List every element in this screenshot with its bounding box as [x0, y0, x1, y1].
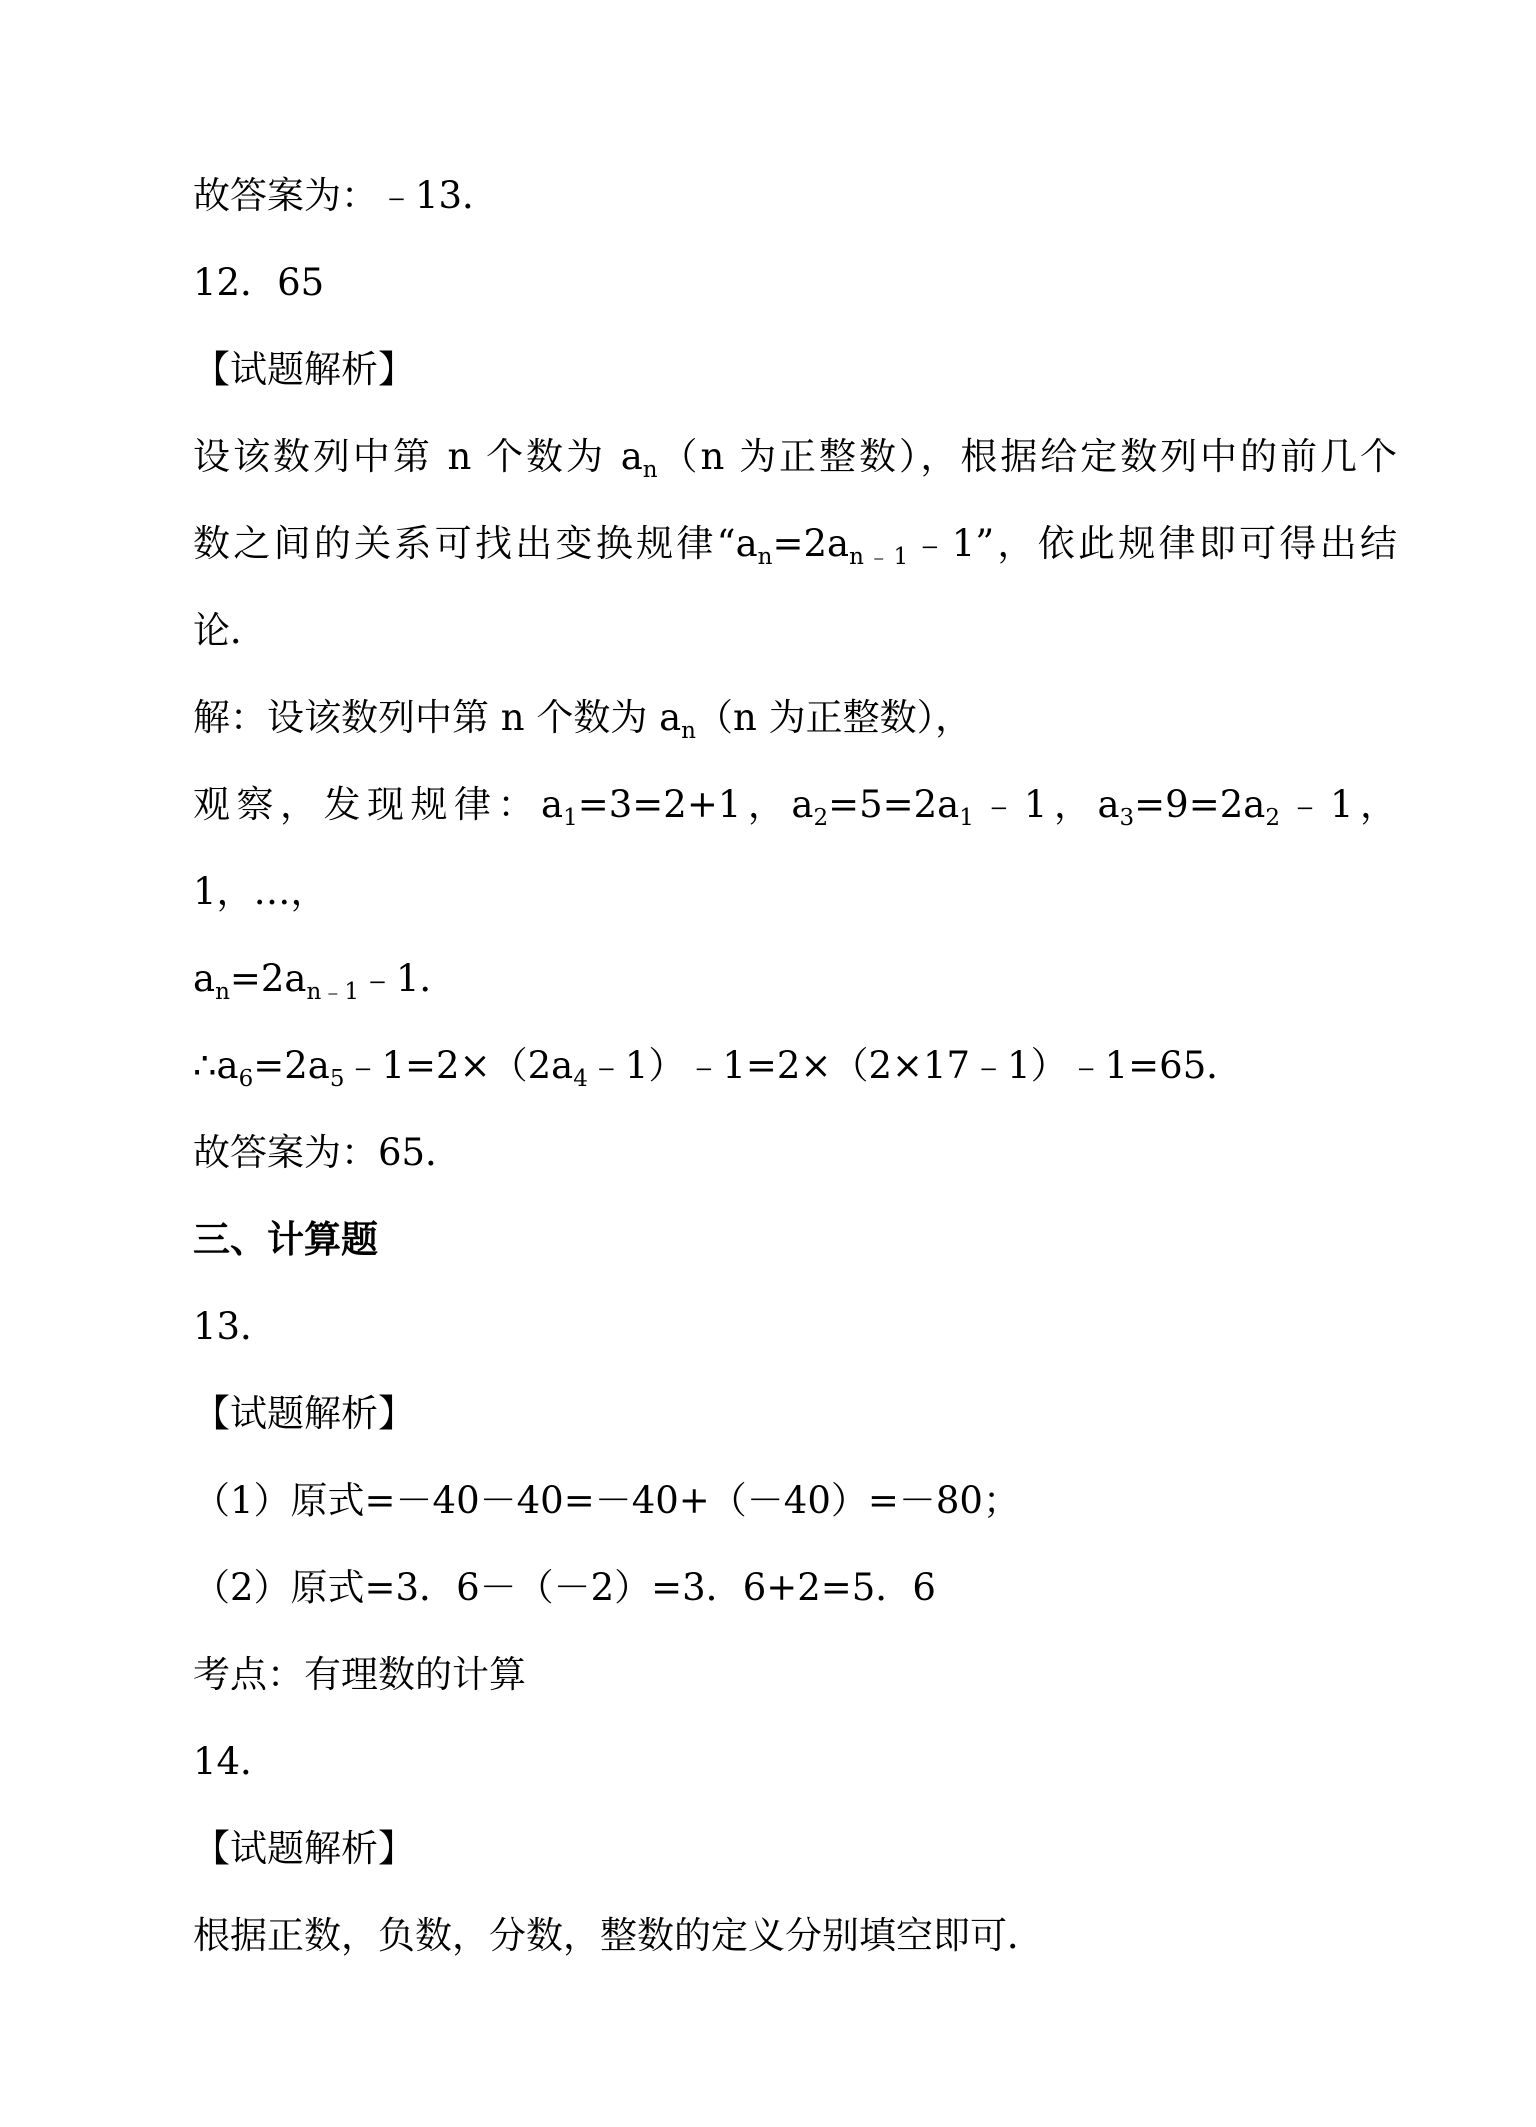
text-segment: ﹣1． — [359, 957, 457, 1000]
text-segment: =2a — [253, 1044, 330, 1087]
text-segment: 故答案为：﹣13． — [193, 174, 499, 217]
text-segment: ∴a — [193, 1044, 239, 1087]
analysis-14-line1: 根据正数，负数，分数，整数的定义分别填空即可． — [193, 1892, 1397, 1979]
subscript-text: 2 — [1265, 805, 1280, 831]
analysis-13-line1: （1）原式=－40－40=－40+（－40）=－80； — [193, 1457, 1397, 1544]
analysis-12-line1: 设该数列中第 n 个数为 an（n 为正整数），根据给定数列中的前几个 — [193, 413, 1397, 500]
text-segment: 13． — [193, 1305, 277, 1348]
text-segment: a — [193, 957, 215, 1000]
text-segment: ﹣1）﹣1=2×（2×17﹣1）﹣1=65． — [588, 1044, 1243, 1087]
subscript-text: n﹣1 — [307, 979, 359, 1005]
solution-12-line3: 1，…， — [193, 848, 1397, 935]
text-segment: 设该数列中第 n 个数为 a — [193, 435, 643, 478]
text-segment: ﹣1”，依此规律即可得出结 — [908, 522, 1397, 565]
text-segment: 根据正数，负数，分数，整数的定义分别填空即可． — [193, 1914, 1044, 1957]
document-page: 故答案为：﹣13．12．65【试题解析】设该数列中第 n 个数为 an（n 为正… — [0, 0, 1536, 2127]
text-segment: ﹣1=2×（2a — [345, 1044, 574, 1087]
solution-12-line1: 解：设该数列中第 n 个数为 an（n 为正整数）， — [193, 674, 1397, 761]
question-13-number: 13． — [193, 1283, 1397, 1370]
solution-12-line2: 观察，发现规律：a1=3=2+1，a2=5=2a1﹣1，a3=9=2a2﹣1，a… — [193, 761, 1397, 848]
text-segment: =3=2+1，a — [578, 783, 814, 826]
subscript-text: 2 — [813, 805, 828, 831]
text-segment: =5=2a — [828, 783, 959, 826]
analysis-label-13: 【试题解析】 — [193, 1370, 1397, 1457]
text-segment: 1，…， — [193, 870, 328, 913]
text-segment: ﹣1，a — [974, 783, 1120, 826]
text-segment: （n 为正整数）， — [696, 696, 972, 739]
text-segment: 三、计算题 — [193, 1217, 378, 1261]
document-body: 故答案为：﹣13．12．65【试题解析】设该数列中第 n 个数为 an（n 为正… — [193, 152, 1397, 1979]
keypoint-13: 考点：有理数的计算 — [193, 1631, 1397, 1718]
text-segment: 14． — [193, 1740, 277, 1783]
text-segment: 考点：有理数的计算 — [193, 1653, 526, 1696]
analysis-label-12: 【试题解析】 — [193, 326, 1397, 413]
answer-12-line: 故答案为：65． — [193, 1109, 1397, 1196]
text-segment: （2）原式=3．6－（－2）=3．6+2=5．6 — [193, 1566, 936, 1609]
text-segment: （n 为正整数），根据给定数列中的前几个 — [658, 435, 1397, 478]
text-segment: 解：设该数列中第 n 个数为 a — [193, 696, 681, 739]
analysis-12-line3: 论． — [193, 587, 1397, 674]
solution-12-line4: an=2an﹣1﹣1． — [193, 935, 1397, 1022]
solution-12-line5: ∴a6=2a5﹣1=2×（2a4﹣1）﹣1=2×（2×17﹣1）﹣1=65． — [193, 1022, 1397, 1109]
subscript-text: 4 — [573, 1066, 588, 1092]
subscript-text: n — [681, 718, 696, 744]
section-heading-3: 三、计算题 — [193, 1196, 1397, 1283]
analysis-13-line2: （2）原式=3．6－（－2）=3．6+2=5．6 — [193, 1544, 1397, 1631]
text-segment: 数之间的关系可找出变换规律“a — [193, 522, 758, 565]
subscript-text: 1 — [563, 805, 578, 831]
analysis-12-line2: 数之间的关系可找出变换规律“an=2an﹣1﹣1”，依此规律即可得出结 — [193, 500, 1397, 587]
text-segment: 故答案为：65． — [193, 1131, 462, 1174]
question-14-number: 14． — [193, 1718, 1397, 1805]
text-segment: 【试题解析】 — [193, 1392, 415, 1435]
subscript-text: n﹣1 — [849, 544, 908, 570]
analysis-label-14: 【试题解析】 — [193, 1805, 1397, 1892]
text-segment: =2a — [230, 957, 307, 1000]
text-segment: 【试题解析】 — [193, 348, 415, 391]
answer-11-line: 故答案为：﹣13． — [193, 152, 1397, 239]
subscript-text: 6 — [239, 1066, 254, 1092]
subscript-text: n — [758, 544, 773, 570]
text-segment: =9=2a — [1134, 783, 1265, 826]
subscript-text: 1 — [959, 805, 974, 831]
subscript-text: n — [643, 457, 658, 483]
text-segment: 论． — [193, 609, 267, 652]
answer-12-number: 12．65 — [193, 239, 1397, 326]
subscript-text: 5 — [330, 1066, 345, 1092]
text-segment: 观察，发现规律：a — [193, 783, 563, 826]
text-segment: 【试题解析】 — [193, 1827, 415, 1870]
subscript-text: n — [215, 979, 230, 1005]
text-segment: （1）原式=－40－40=－40+（－40）=－80； — [193, 1479, 1020, 1522]
text-segment: =2a — [773, 522, 850, 565]
text-segment: 12．65 — [193, 261, 324, 304]
subscript-text: 3 — [1120, 805, 1135, 831]
